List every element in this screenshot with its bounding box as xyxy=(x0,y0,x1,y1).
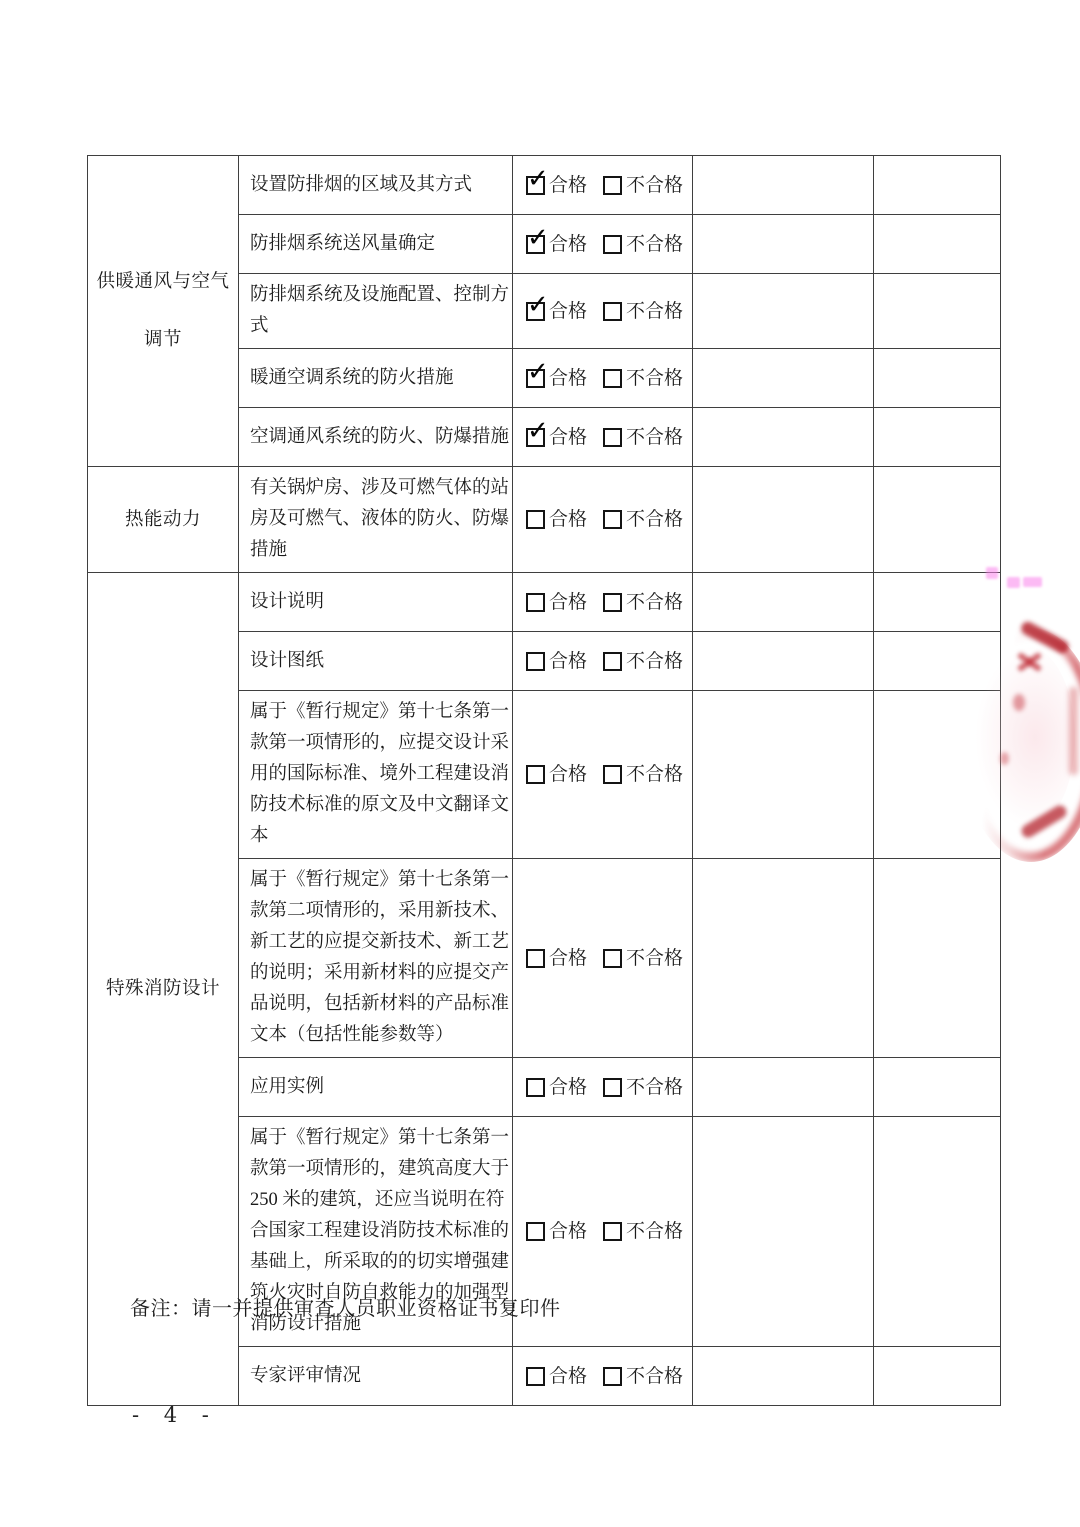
pass-label: 合格 xyxy=(549,1072,587,1103)
empty-cell xyxy=(693,691,874,859)
fail-checkbox[interactable] xyxy=(603,1078,622,1097)
fail-option: 不合格 xyxy=(603,504,683,535)
empty-cell xyxy=(693,274,874,349)
fail-checkbox[interactable] xyxy=(603,949,622,968)
pass-label: 合格 xyxy=(549,1216,587,1247)
pass-option: 合格 xyxy=(526,943,587,974)
empty-cell xyxy=(693,1117,874,1347)
fail-checkbox[interactable] xyxy=(603,1222,622,1241)
item-cell: 属于《暂行规定》第十七条第一款第二项情形的，采用新技术、新工艺的应提交新技术、新… xyxy=(239,859,513,1058)
fire-review-table: 供暖通风与空气调节设置防排烟的区域及其方式合格不合格防排烟系统送风量确定合格不合… xyxy=(87,155,1001,1406)
empty-cell xyxy=(874,408,1001,467)
seal-ink-streak xyxy=(1069,687,1078,775)
item-cell: 专家评审情况 xyxy=(239,1347,513,1406)
pass-checkbox[interactable] xyxy=(526,176,545,195)
empty-cell xyxy=(693,1058,874,1117)
fail-label: 不合格 xyxy=(626,1361,683,1392)
fail-checkbox[interactable] xyxy=(603,302,622,321)
item-cell: 空调通风系统的防火、防爆措施 xyxy=(239,408,513,467)
category-label: 供暖通风与空气 xyxy=(92,253,234,311)
fail-option: 不合格 xyxy=(603,943,683,974)
pass-label: 合格 xyxy=(549,759,587,790)
item-cell: 设计图纸 xyxy=(239,632,513,691)
result-cell: 合格不合格 xyxy=(513,632,693,691)
pass-label: 合格 xyxy=(549,587,587,618)
seal-inner-mark xyxy=(1017,652,1043,672)
pass-option: 合格 xyxy=(526,759,587,790)
pass-checkbox[interactable] xyxy=(526,369,545,388)
empty-cell xyxy=(693,408,874,467)
pink-watermark-fragment xyxy=(1007,577,1020,588)
pass-label: 合格 xyxy=(549,422,587,453)
empty-cell xyxy=(874,1347,1001,1406)
pass-checkbox[interactable] xyxy=(526,1367,545,1386)
result-cell: 合格不合格 xyxy=(513,349,693,408)
empty-cell xyxy=(874,215,1001,274)
fail-option: 不合格 xyxy=(603,646,683,677)
pass-checkbox[interactable] xyxy=(526,949,545,968)
fail-checkbox[interactable] xyxy=(603,510,622,529)
empty-cell xyxy=(874,1058,1001,1117)
result-cell: 合格不合格 xyxy=(513,691,693,859)
table-row: 热能动力有关锅炉房、涉及可燃气体的站房及可燃气、液体的防火、防爆措施合格不合格 xyxy=(88,467,1001,573)
fail-label: 不合格 xyxy=(626,422,683,453)
seal-arc-top-segment xyxy=(1019,620,1071,656)
fail-label: 不合格 xyxy=(626,943,683,974)
empty-cell xyxy=(874,467,1001,573)
pass-checkbox[interactable] xyxy=(526,765,545,784)
seal-inner-mark xyxy=(1017,652,1043,672)
category-cell: 热能动力 xyxy=(88,467,239,573)
fail-label: 不合格 xyxy=(626,229,683,260)
pass-option: 合格 xyxy=(526,646,587,677)
category-cell: 特殊消防设计 xyxy=(88,573,239,1406)
empty-cell xyxy=(693,349,874,408)
seal-arc-bottom-segment xyxy=(1019,803,1069,840)
pass-option: 合格 xyxy=(526,1216,587,1247)
pass-checkbox[interactable] xyxy=(526,510,545,529)
result-cell: 合格不合格 xyxy=(513,859,693,1058)
table-row: 供暖通风与空气调节设置防排烟的区域及其方式合格不合格 xyxy=(88,156,1001,215)
pass-label: 合格 xyxy=(549,1361,587,1392)
fail-checkbox[interactable] xyxy=(603,652,622,671)
pink-watermark-fragment xyxy=(1023,577,1042,587)
fail-checkbox[interactable] xyxy=(603,176,622,195)
pass-option: 合格 xyxy=(526,1072,587,1103)
result-cell: 合格不合格 xyxy=(513,274,693,349)
empty-cell xyxy=(874,632,1001,691)
fail-checkbox[interactable] xyxy=(603,1367,622,1386)
item-cell: 暖通空调系统的防火措施 xyxy=(239,349,513,408)
item-cell: 应用实例 xyxy=(239,1058,513,1117)
pass-checkbox[interactable] xyxy=(526,235,545,254)
pass-label: 合格 xyxy=(549,504,587,535)
empty-cell xyxy=(693,467,874,573)
result-cell: 合格不合格 xyxy=(513,1347,693,1406)
item-cell: 设计说明 xyxy=(239,573,513,632)
pass-label: 合格 xyxy=(549,363,587,394)
empty-cell xyxy=(693,156,874,215)
pass-checkbox[interactable] xyxy=(526,593,545,612)
item-cell: 属于《暂行规定》第十七条第一款第一项情形的，应提交设计采用的国际标准、境外工程建… xyxy=(239,691,513,859)
category-label: 热能动力 xyxy=(92,491,234,549)
pass-option: 合格 xyxy=(526,422,587,453)
item-cell: 有关锅炉房、涉及可燃气体的站房及可燃气、液体的防火、防爆措施 xyxy=(239,467,513,573)
pass-label: 合格 xyxy=(549,170,587,201)
pass-option: 合格 xyxy=(526,504,587,535)
pass-checkbox[interactable] xyxy=(526,652,545,671)
fail-label: 不合格 xyxy=(626,1216,683,1247)
page-number: - 4 - xyxy=(132,1403,218,1427)
fail-option: 不合格 xyxy=(603,170,683,201)
empty-cell xyxy=(693,632,874,691)
seal-ink-smudge xyxy=(1013,694,1025,711)
empty-cell xyxy=(874,859,1001,1058)
fail-option: 不合格 xyxy=(603,1361,683,1392)
fail-label: 不合格 xyxy=(626,504,683,535)
fail-label: 不合格 xyxy=(626,1072,683,1103)
footer-note: 备注：请一并提供审查人员职业资格证书复印件 xyxy=(130,1292,561,1321)
pass-option: 合格 xyxy=(526,229,587,260)
fail-checkbox[interactable] xyxy=(603,235,622,254)
fail-checkbox[interactable] xyxy=(603,593,622,612)
pass-label: 合格 xyxy=(549,229,587,260)
empty-cell xyxy=(874,274,1001,349)
pass-option: 合格 xyxy=(526,363,587,394)
empty-cell xyxy=(874,349,1001,408)
fail-option: 不合格 xyxy=(603,422,683,453)
pass-option: 合格 xyxy=(526,587,587,618)
empty-cell xyxy=(874,691,1001,859)
pass-checkbox[interactable] xyxy=(526,302,545,321)
empty-cell xyxy=(693,573,874,632)
empty-cell xyxy=(874,1117,1001,1347)
pass-checkbox[interactable] xyxy=(526,1078,545,1097)
fail-label: 不合格 xyxy=(626,646,683,677)
empty-cell xyxy=(874,156,1001,215)
item-cell: 防排烟系统及设施配置、控制方式 xyxy=(239,274,513,349)
pass-checkbox[interactable] xyxy=(526,1222,545,1241)
empty-cell xyxy=(693,859,874,1058)
empty-cell xyxy=(693,1347,874,1406)
pass-label: 合格 xyxy=(549,943,587,974)
fail-checkbox[interactable] xyxy=(603,428,622,447)
result-cell: 合格不合格 xyxy=(513,408,693,467)
seal-ink-smudge xyxy=(1000,752,1009,765)
pass-option: 合格 xyxy=(526,296,587,327)
fail-label: 不合格 xyxy=(626,170,683,201)
fail-option: 不合格 xyxy=(603,1216,683,1247)
category-cell: 供暖通风与空气调节 xyxy=(88,156,239,467)
result-cell: 合格不合格 xyxy=(513,573,693,632)
empty-cell xyxy=(693,215,874,274)
category-label: 调节 xyxy=(92,311,234,369)
document-page: 供暖通风与空气调节设置防排烟的区域及其方式合格不合格防排烟系统送风量确定合格不合… xyxy=(0,0,1080,1527)
item-cell: 设置防排烟的区域及其方式 xyxy=(239,156,513,215)
fail-option: 不合格 xyxy=(603,587,683,618)
pass-label: 合格 xyxy=(549,646,587,677)
fail-label: 不合格 xyxy=(626,759,683,790)
pass-option: 合格 xyxy=(526,1361,587,1392)
fail-label: 不合格 xyxy=(626,296,683,327)
fail-option: 不合格 xyxy=(603,296,683,327)
pass-label: 合格 xyxy=(549,296,587,327)
result-cell: 合格不合格 xyxy=(513,215,693,274)
pass-option: 合格 xyxy=(526,170,587,201)
result-cell: 合格不合格 xyxy=(513,467,693,573)
fail-checkbox[interactable] xyxy=(603,369,622,388)
fail-option: 不合格 xyxy=(603,363,683,394)
fail-label: 不合格 xyxy=(626,587,683,618)
result-cell: 合格不合格 xyxy=(513,156,693,215)
item-cell: 防排烟系统送风量确定 xyxy=(239,215,513,274)
category-label: 特殊消防设计 xyxy=(92,960,234,1018)
fail-option: 不合格 xyxy=(603,1072,683,1103)
fail-checkbox[interactable] xyxy=(603,765,622,784)
empty-cell xyxy=(874,573,1001,632)
fail-option: 不合格 xyxy=(603,229,683,260)
result-cell: 合格不合格 xyxy=(513,1058,693,1117)
table-row: 特殊消防设计设计说明合格不合格 xyxy=(88,573,1001,632)
fail-label: 不合格 xyxy=(626,363,683,394)
fail-option: 不合格 xyxy=(603,759,683,790)
pass-checkbox[interactable] xyxy=(526,428,545,447)
